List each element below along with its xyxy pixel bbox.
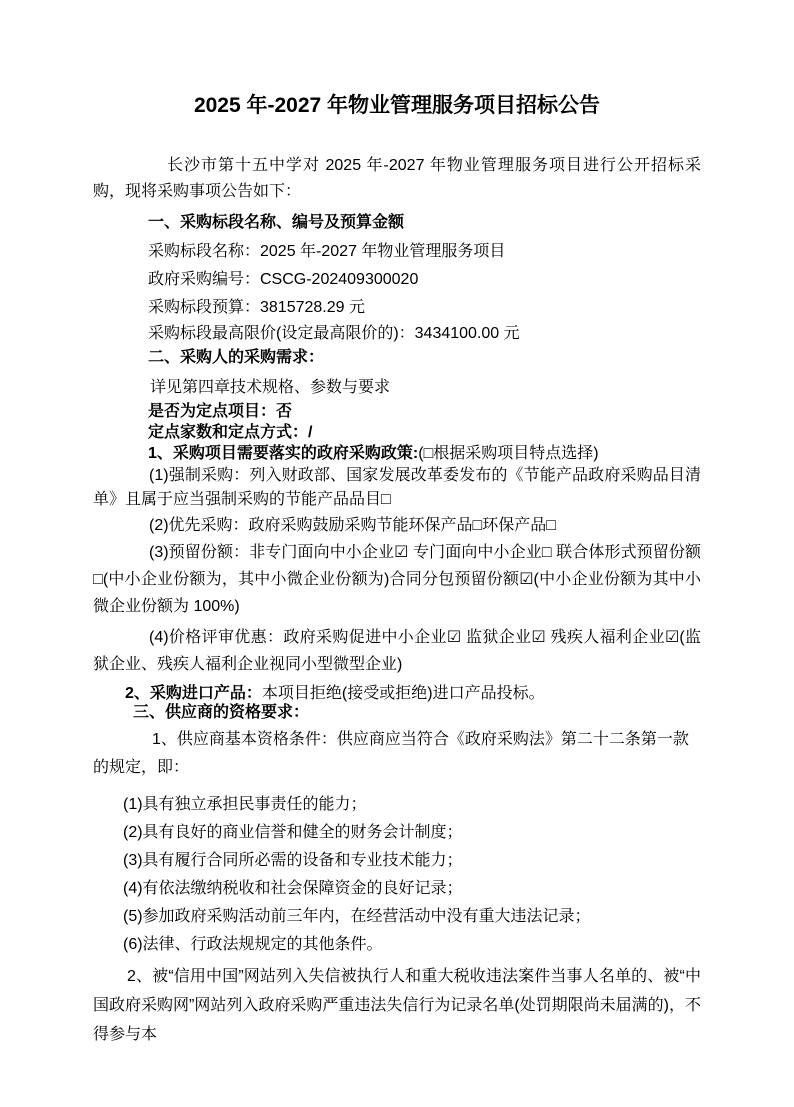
supplier-condition-3: (3)具有履行合同所必需的设备和专业技术能力； [93,847,701,875]
policy-heading: 1、采购项目需要落实的政府采购政策:(□根据采购项目特点选择) [93,443,701,464]
supplier-condition-1: (1)具有独立承担民事责任的能力； [93,791,701,819]
fixed-point-mode: 定点家数和定点方式：/ [93,422,701,443]
bid-max-price: 采购标段最高限价(设定最高限价的)：3434100.00 元 [93,322,701,346]
intro-paragraph: 长沙市第十五中学对 2025 年-2027 年物业管理服务项目进行公开招标采购，… [93,153,701,205]
policy-note: (□根据采购项目特点选择) [418,445,598,462]
supplier-condition-5: (5)参加政府采购活动前三年内，在经营活动中没有重大违法记录； [93,903,701,931]
import-label: 2、采购进口产品： [125,685,262,702]
policy-item-mandatory: (1)强制采购：列入财政部、国家发展改革委发布的《节能产品政府采购品目清单》且属… [93,464,701,512]
demand-detail: 详见第四章技术规格、参数与要求 [93,377,701,398]
supplier-condition-6: (6)法律、行政法规规定的其他条件。 [93,931,701,959]
section1-heading: 一、采购标段名称、编号及预算金额 [93,211,701,235]
procurement-number: 政府采购编号：CSCG-202409300020 [93,266,701,294]
fixed-point-status: 是否为定点项目：否 [93,401,701,422]
import-product-line: 2、采购进口产品：本项目拒绝(接受或拒绝)进口产品投标。 [93,684,701,703]
document-page: 2025 年-2027 年物业管理服务项目招标公告 长沙市第十五中学对 2025… [0,0,794,1107]
section3-heading: 三、供应商的资格要求： [93,703,701,722]
import-text: 本项目拒绝(接受或拒绝)进口产品投标。 [262,685,545,702]
credit-restriction-paragraph: 2、被“信用中国”网站列入失信被执行人和重大税收违法案件当事人名单的、被“中国政… [93,962,701,1049]
bid-budget: 采购标段预算：3815728.29 元 [93,294,701,322]
policy-label: 1、采购项目需要落实的政府采购政策: [148,445,418,462]
bid-section-name: 采购标段名称：2025 年-2027 年物业管理服务项目 [93,238,701,266]
policy-item-reserved-share: (3)预留份额：非专门面向中小企业☑ 专门面向中小企业□ 联合体形式预留份额□(… [93,539,701,620]
supplier-basic-intro: 1、供应商基本资格条件：供应商应当符合《政府采购法》第二十二条第一款的规定，即： [93,726,701,782]
policy-item-priority: (2)优先采购：政府采购鼓励采购节能环保产品□环保产品□ [93,512,701,539]
document-title: 2025 年-2027 年物业管理服务项目招标公告 [93,91,701,121]
section2-heading: 二、采购人的采购需求： [93,346,701,370]
supplier-condition-4: (4)有依法缴纳税收和社会保障资金的良好记录； [93,875,701,903]
supplier-condition-2: (2)具有良好的商业信誉和健全的财务会计制度； [93,819,701,847]
policy-item-price-review: (4)价格评审优惠：政府采购促进中小企业☑ 监狱企业☑ 残疾人福利企业☑(监狱企… [93,624,701,678]
